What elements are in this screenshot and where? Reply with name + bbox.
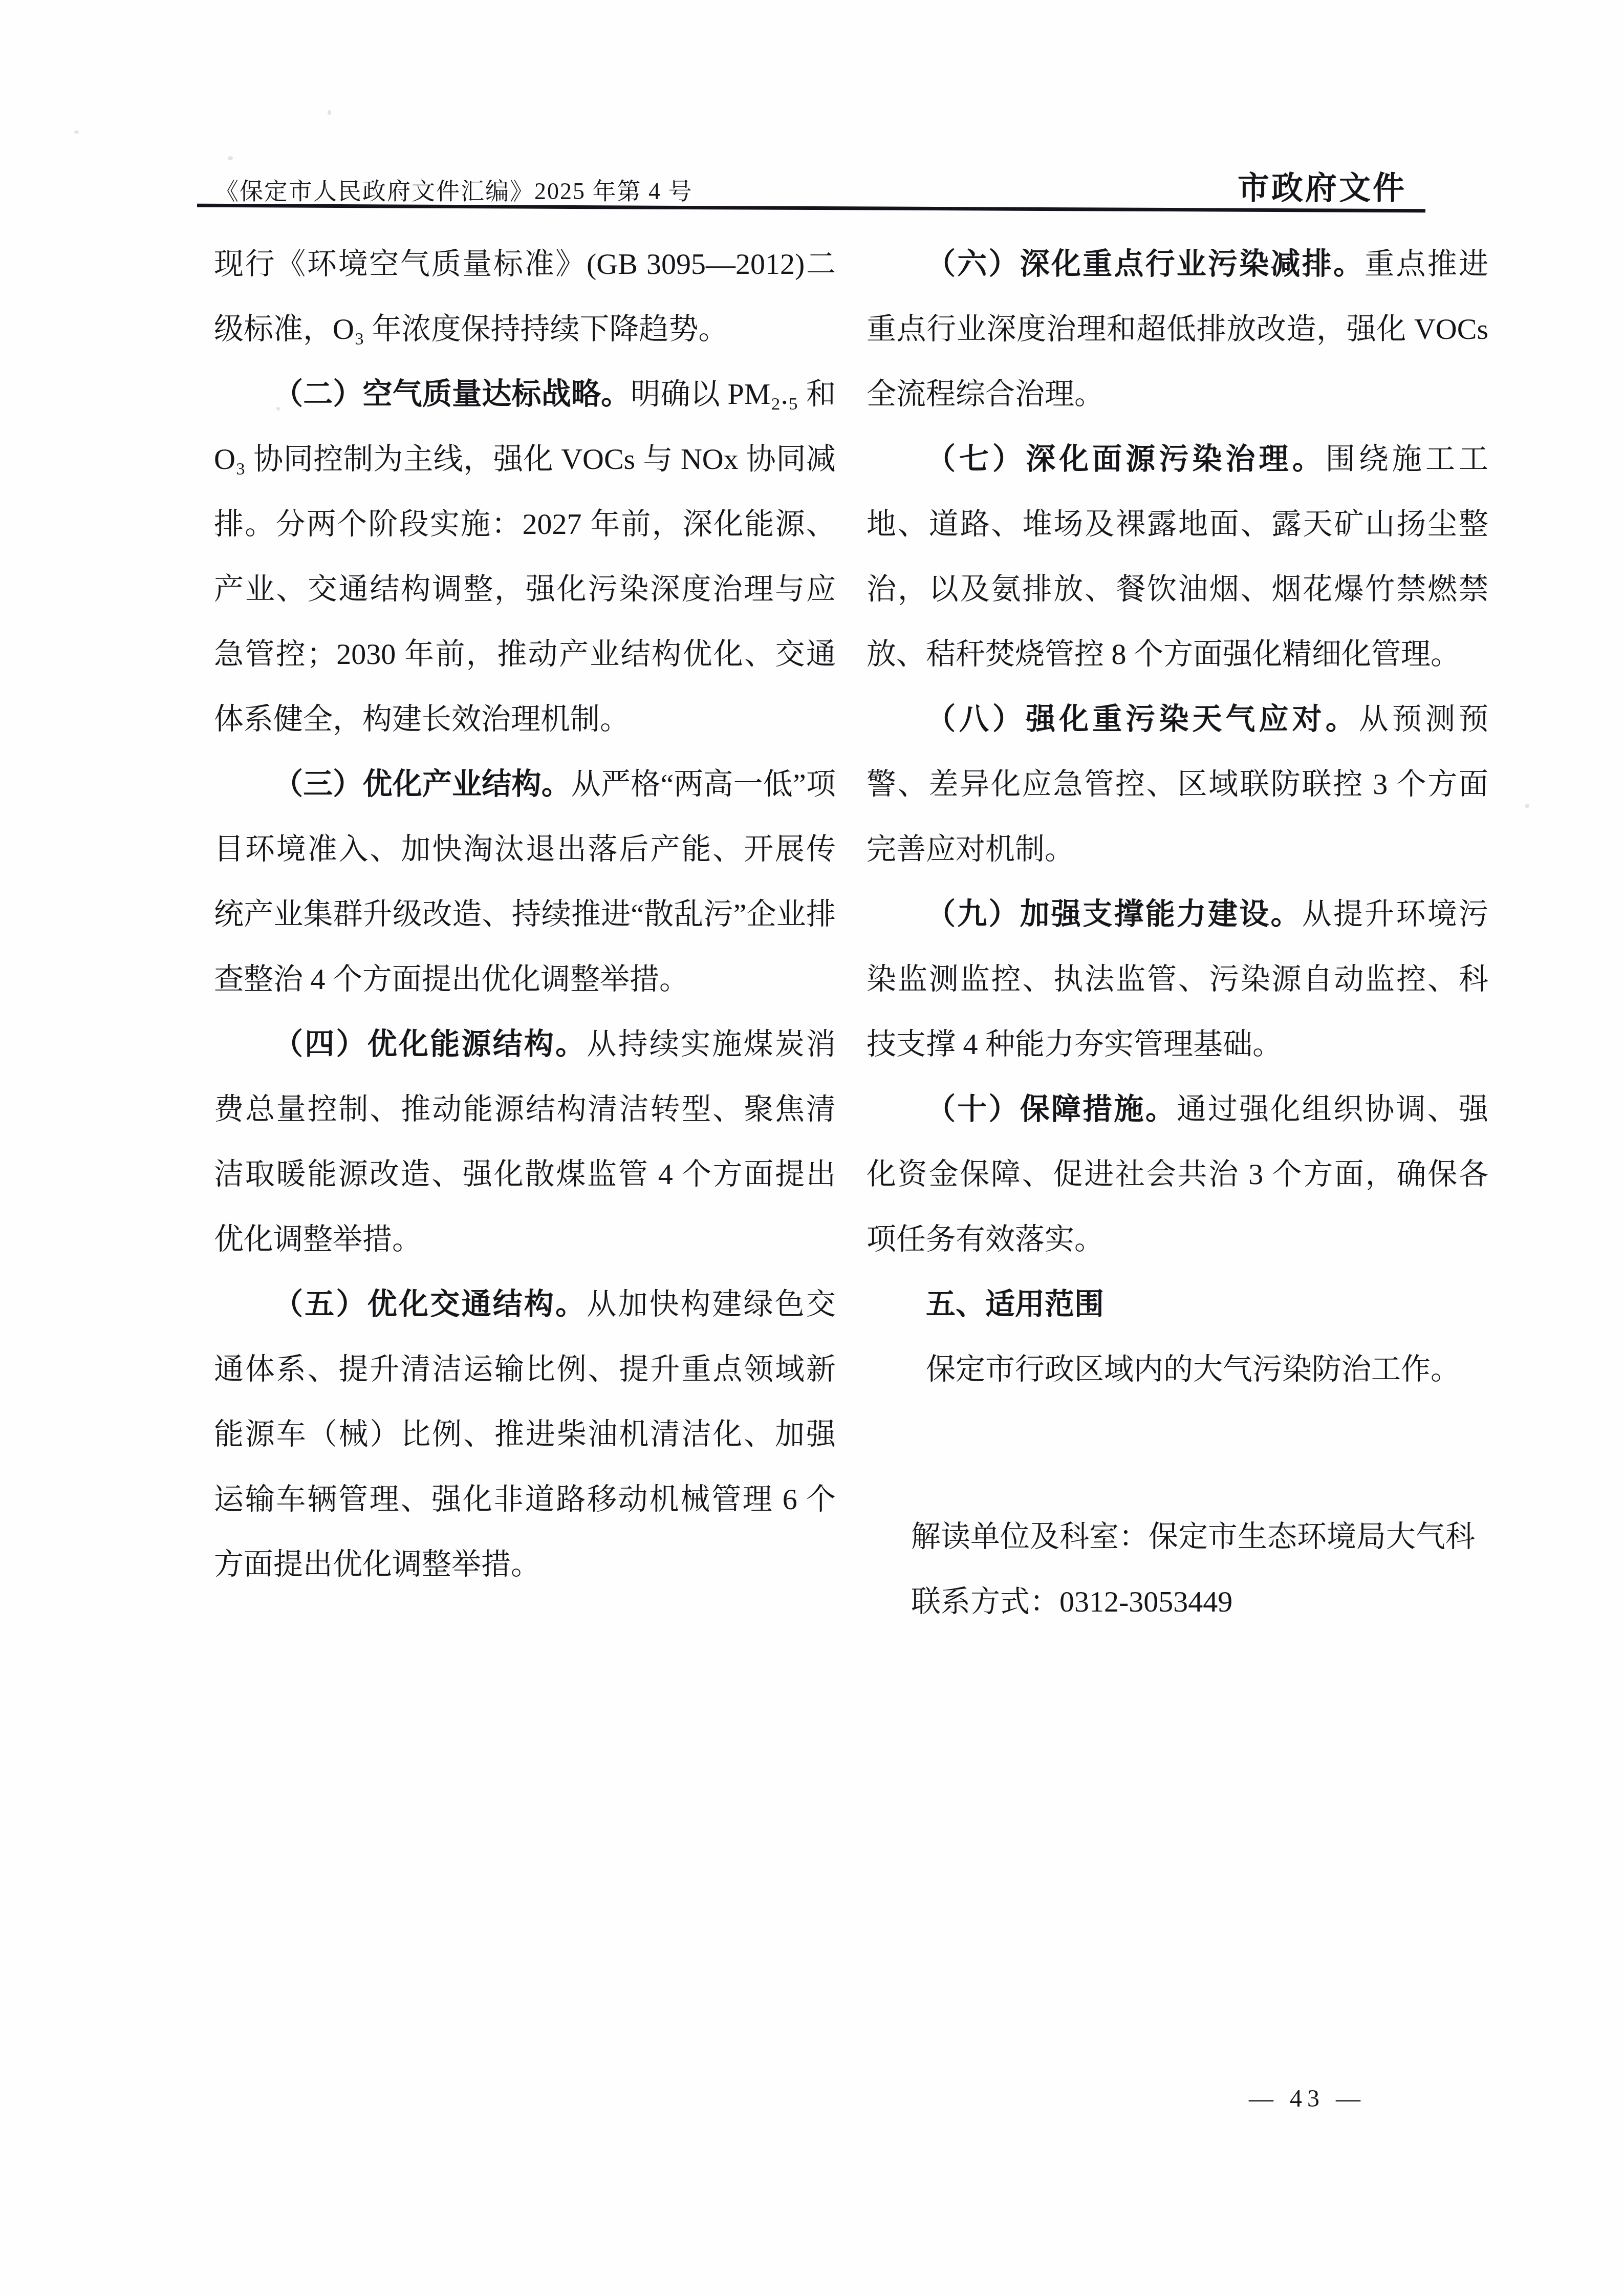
interpretation-contact-block: 解读单位及科室：保定市生态环境局大气科 联系方式：0312-3053449 xyxy=(867,1504,1488,1634)
paragraph-lead: （六）深化重点行业污染减排。 xyxy=(926,247,1365,281)
scan-speck xyxy=(328,110,331,115)
paragraph-text: 从持续实施煤炭消费总量控制、推动能源结构清洁转型、聚焦清洁取暖能源改造、强化散煤… xyxy=(214,1027,836,1256)
document-body: 现行《环境空气质量标准》(GB 3095—2012)二级标准，O₃ 年浓度保持持… xyxy=(214,231,1488,1634)
paragraph-lead: （五）优化交通结构。 xyxy=(273,1288,587,1321)
paragraph-lead: （九）加强支撑能力建设。 xyxy=(926,897,1302,931)
paragraph-item-3: （三）优化产业结构。从严格“两高一低”项目环境准入、加快淘汰退出落后产能、开展传… xyxy=(214,752,836,1012)
paragraph-lead: （八）强化重污染天气应对。 xyxy=(926,702,1359,736)
paragraph-lead: （七）深化面源污染治理。 xyxy=(926,442,1326,476)
paragraph-item-9: （九）加强支撑能力建设。从提升环境污染监测监控、执法监管、污染源自动监控、科技支… xyxy=(867,882,1488,1077)
scan-speck xyxy=(74,131,79,134)
paragraph-item-4: （四）优化能源结构。从持续实施煤炭消费总量控制、推动能源结构清洁转型、聚焦清洁取… xyxy=(214,1012,836,1272)
paragraph-text: 从加快构建绿色交通体系、提升清洁运输比例、提升重点领域新能源车（械）比例、推进柴… xyxy=(214,1288,836,1581)
paragraph-lead: （四）优化能源结构。 xyxy=(273,1027,587,1061)
paragraph-text: 现行《环境空气质量标准》(GB 3095—2012)二级标准，O₃ 年浓度保持持… xyxy=(214,247,836,346)
paragraph-text: 围绕施工工地、道路、堆场及裸露地面、露天矿山扬尘整治，以及氨排放、餐饮油烟、烟花… xyxy=(867,442,1488,671)
paragraph-item-8: （八）强化重污染天气应对。从预测预警、差异化应急管控、区域联防联控 3 个方面完… xyxy=(867,686,1488,882)
interpretation-unit-line: 解读单位及科室：保定市生态环境局大气科 xyxy=(867,1504,1488,1569)
paragraph-lead: （十）保障措施。 xyxy=(926,1092,1177,1126)
section-heading-scope: 五、适用范围 xyxy=(867,1272,1488,1337)
paragraph-item-7: （七）深化面源污染治理。围绕施工工地、道路、堆场及裸露地面、露天矿山扬尘整治，以… xyxy=(867,426,1488,686)
paragraph-item-5: （五）优化交通结构。从加快构建绿色交通体系、提升清洁运输比例、提升重点领域新能源… xyxy=(214,1272,836,1597)
right-column: （六）深化重点行业污染减排。重点推进重点行业深度治理和超低排放改造，强化 VOC… xyxy=(867,231,1488,1634)
page-number: — 43 — xyxy=(1249,2085,1366,2113)
paragraph-lead: （三）优化产业结构。 xyxy=(273,767,571,801)
paragraph-continuation: 现行《环境空气质量标准》(GB 3095—2012)二级标准，O₃ 年浓度保持持… xyxy=(214,231,836,361)
paragraph-lead: （二）空气质量达标战略。 xyxy=(273,377,631,411)
paragraph-item-2: （二）空气质量达标战略。明确以 PM₂.₅ 和 O₃ 协同控制为主线，强化 VO… xyxy=(214,361,836,752)
scan-speck xyxy=(1525,804,1529,808)
document-category-label: 市政府文件 xyxy=(1238,163,1406,208)
paragraph-item-6: （六）深化重点行业污染减排。重点推进重点行业深度治理和超低排放改造，强化 VOC… xyxy=(867,231,1488,426)
scan-speck xyxy=(228,156,233,160)
compilation-title: 《保定市人民政府文件汇编》2025 年第 4 号 xyxy=(215,173,693,206)
paragraph-text: 从严格“两高一低”项目环境准入、加快淘汰退出落后产能、开展传统产业集群升级改造、… xyxy=(214,767,836,996)
paragraph-item-10: （十）保障措施。通过强化组织协调、强化资金保障、促进社会共治 3 个方面，确保各… xyxy=(867,1077,1488,1272)
contact-phone-line: 联系方式：0312-3053449 xyxy=(867,1569,1488,1634)
left-column: 现行《环境空气质量标准》(GB 3095—2012)二级标准，O₃ 年浓度保持持… xyxy=(214,231,836,1634)
section-scope-text: 保定市行政区域内的大气污染防治工作。 xyxy=(867,1337,1488,1402)
page-header: 《保定市人民政府文件汇编》2025 年第 4 号 市政府文件 xyxy=(215,163,1406,208)
paragraph-text: 明确以 PM₂.₅ 和 O₃ 协同控制为主线，强化 VOCs 与 NOx 协同减… xyxy=(214,377,836,736)
document-page: 《保定市人民政府文件汇编》2025 年第 4 号 市政府文件 现行《环境空气质量… xyxy=(0,0,1624,2296)
